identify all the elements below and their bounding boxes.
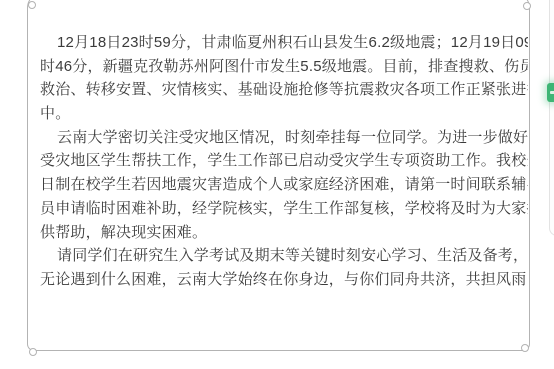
notice-line: 无论遇到什么困难，云南大学始终在你身边，与你们同舟共济，共担风雨！	[40, 268, 528, 292]
notice-line: 受灾地区学生帮扶工作，学生工作部已启动受灾学生专项资助工作。我校全	[40, 149, 528, 173]
green-float-button-icon[interactable]	[547, 83, 554, 102]
notice-line: 日制在校学生若因地震灾害造成个人或家庭经济困难，请第一时间联系辅导	[40, 173, 528, 197]
notice-line: 救治、转移安置、灾情核实、基础设施抢修等抗震救灾各项工作正紧张进行	[40, 78, 528, 102]
notice-line: 云南大学密切关注受灾地区情况，时刻牵挂每一位同学。为进一步做好	[40, 126, 528, 150]
paragraph-earthquake-news: 12月18日23时59分，甘肃临夏州积石山县发生6.2级地震；12月19日09 …	[40, 31, 528, 126]
corner-loop-ornament-icon	[521, 344, 529, 352]
notice-line: 中。	[40, 102, 528, 126]
notice-line: 12月18日23时59分，甘肃临夏州积石山县发生6.2级地震；12月19日09	[40, 31, 528, 55]
notice-frame: 12月18日23时59分，甘肃临夏州积石山县发生6.2级地震；12月19日09 …	[27, 0, 530, 351]
notice-line: 时46分，新疆克孜勒苏州阿图什市发生5.5级地震。目前，排查搜救、伤员	[40, 55, 528, 79]
notice-line: 请同学们在研究生入学考试及期末等关键时刻安心学习、生活及备考，	[40, 244, 528, 268]
notice-line: 供帮助，解决现实困难。	[40, 221, 528, 245]
paragraph-encouragement: 请同学们在研究生入学考试及期末等关键时刻安心学习、生活及备考， 无论遇到什么困难…	[40, 244, 528, 291]
corner-loop-ornament-icon	[523, 2, 531, 10]
notice-line: 员申请临时困难补助，经学院核实，学生工作部复核，学校将及时为大家提	[40, 197, 528, 221]
notice-page: { "notice": { "paragraphs": [ { "lines":…	[0, 0, 554, 369]
notice-body: 12月18日23时59分，甘肃临夏州积石山县发生6.2级地震；12月19日09 …	[40, 31, 528, 292]
float-button-dash-glyph	[550, 91, 554, 94]
side-panel-edge	[549, 0, 554, 236]
paragraph-university-support: 云南大学密切关注受灾地区情况，时刻牵挂每一位同学。为进一步做好 受灾地区学生帮扶…	[40, 126, 528, 244]
corner-loop-ornament-icon	[29, 348, 37, 356]
corner-loop-ornament-icon	[28, 1, 36, 9]
